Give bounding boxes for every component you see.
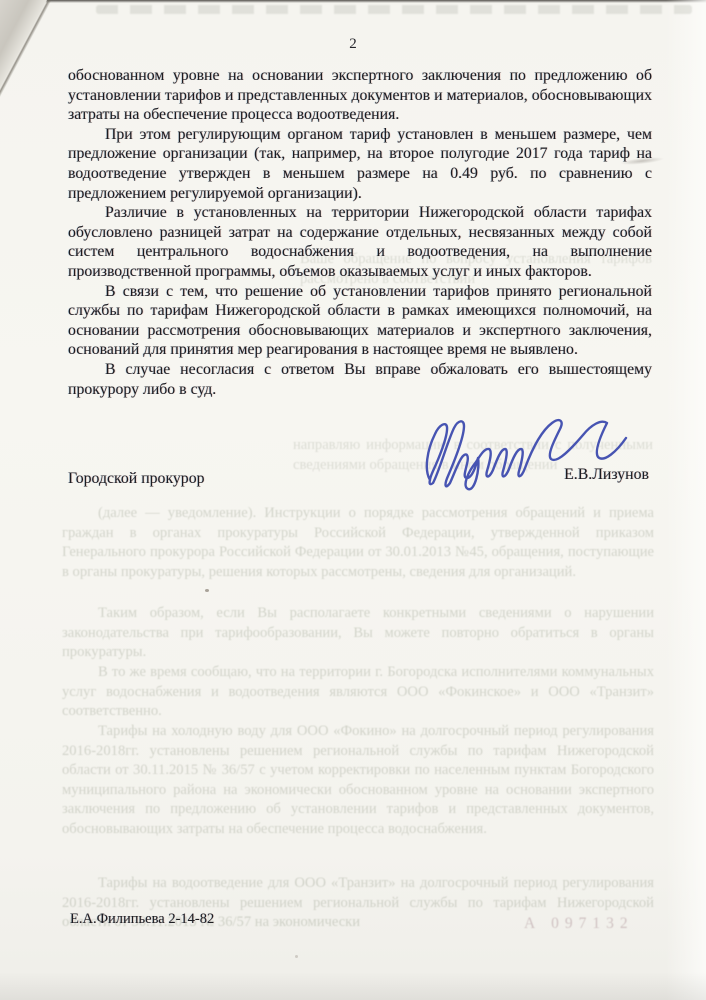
paragraph: При этом регулирующим органом тариф уста… [68, 125, 652, 203]
letter-body: обоснованном уровне на основании эксперт… [68, 66, 652, 399]
scan-bottom-shade [0, 972, 706, 1000]
signatory-title: Городской прокурор [68, 470, 205, 488]
scan-speck [295, 955, 298, 958]
scan-top-edge [0, 0, 706, 3]
bleedthrough-paragraph: В то же время сообщаю, что на территории… [62, 663, 654, 722]
bleedthrough-paragraph: (далее — уведомление). Инструкции о поря… [62, 504, 654, 582]
paragraph: обоснованном уровне на основании эксперт… [68, 66, 652, 125]
paragraph: В случае несогласия с ответом Вы вправе … [68, 360, 652, 399]
paragraph: В связи с тем, что решение об установлен… [68, 282, 652, 360]
page-number: 2 [0, 36, 706, 53]
scanned-document-page: 2 Ваше обращение по вопросу установления… [0, 0, 706, 1000]
scan-speck [205, 589, 209, 592]
bleedthrough-paragraph: Таким образом, если Вы располагаете конк… [62, 604, 654, 663]
handwritten-signature [420, 410, 652, 502]
signatory-name: Е.В.Лизунов [564, 466, 649, 484]
bleedthrough-paragraph: Тарифы на холодную воду для ООО «Фокино»… [62, 722, 654, 839]
bleedthrough-stamp-number: А 097132 [524, 915, 634, 933]
bleedthrough-top-line [96, 5, 692, 14]
scan-right-edge [666, 0, 706, 1000]
paragraph: Различие в установленных на территории Н… [68, 203, 652, 281]
executor-contact: Е.А.Филипьева 2-14-82 [70, 911, 214, 928]
